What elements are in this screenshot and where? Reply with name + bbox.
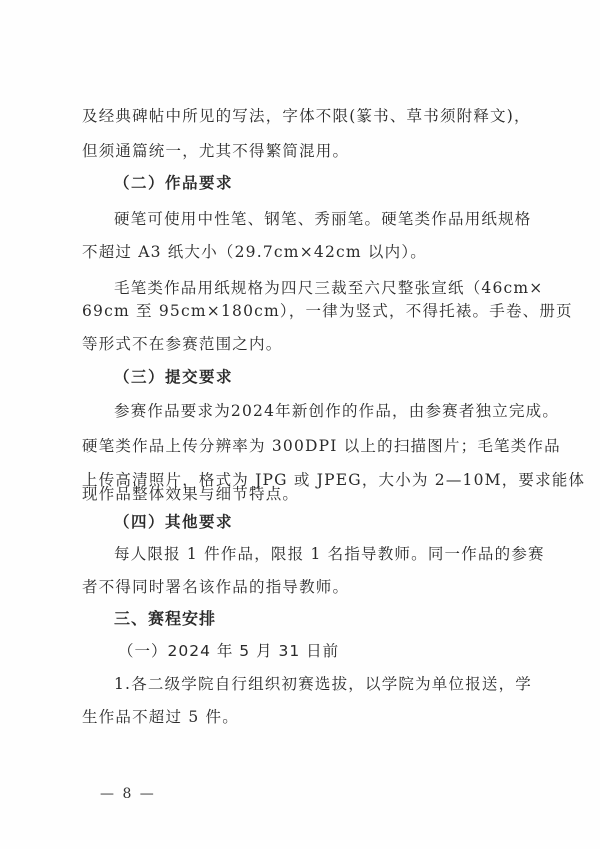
body-text-line: 硬笔可使用中性笔、钢笔、秀丽笔。硬笔类作品用纸规格 <box>114 209 554 229</box>
subsection-heading-other-requirements: （四）其他要求 <box>114 512 554 532</box>
subsection-heading-submission-requirements: （三）提交要求 <box>114 367 554 387</box>
body-text-line: 毛笔类作品用纸规格为四尺三裁至六尺整张宣纸（46cm× <box>114 278 554 298</box>
body-text-line: 不超过 A3 纸大小（29.7cm×42cm 以内）。 <box>82 242 522 262</box>
body-text-line: 生作品不超过 5 件。 <box>82 707 522 727</box>
body-text-line: 每人限报 1 件作品，限报 1 名指导教师。同一作品的参赛 <box>114 544 554 564</box>
body-text-line: 但须通篇统一，尤其不得繁简混用。 <box>82 141 522 161</box>
page-number: — 8 — <box>100 786 156 802</box>
body-text-line: 及经典碑帖中所见的写法，字体不限(篆书、草书须附释文)， <box>82 106 522 126</box>
body-text-line: 等形式不在参赛范围之内。 <box>82 334 522 354</box>
body-text-line: 硬笔类作品上传分辨率为 300DPI 以上的扫描图片；毛笔类作品 <box>82 436 522 456</box>
body-text-line: 者不得同时署名该作品的指导教师。 <box>82 577 522 597</box>
body-text-line: 参赛作品要求为2024年新创作的作品，由参赛者独立完成。 <box>114 401 554 421</box>
document-page: 及经典碑帖中所见的写法，字体不限(篆书、草书须附释文)， 但须通篇统一，尤其不得… <box>0 0 600 849</box>
section-heading-schedule: 三、赛程安排 <box>114 609 554 629</box>
subsection-heading-deadline: （一）2024 年 5 月 31 日前 <box>118 641 558 661</box>
body-text-line: 69cm 至 95cm×180cm），一律为竖式，不得托裱。手卷、册页 <box>82 301 522 321</box>
body-text-line: 1.各二级学院自行组织初赛选拔，以学院为单位报送，学 <box>114 674 554 694</box>
body-text-line: 现作品整体效果与细节特点。 <box>82 484 522 504</box>
subsection-heading-work-requirements: （二）作品要求 <box>114 173 554 193</box>
